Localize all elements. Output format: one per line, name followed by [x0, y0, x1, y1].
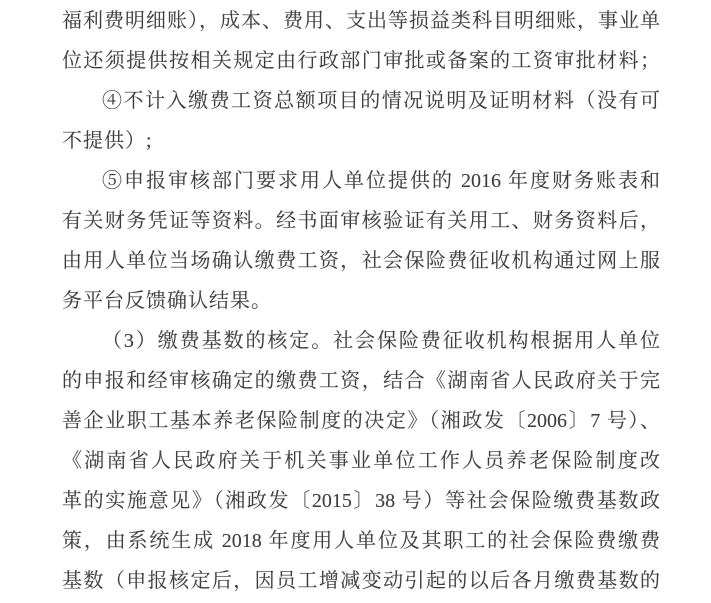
text-line: 策，由系统生成 2018 年度用人单位及其职工的社会保险费缴费 — [62, 521, 660, 561]
document-text-block: 福利费明细账），成本、费用、支出等损益类科目明细账，事业单位还须提供按相关规定由… — [62, 1, 660, 601]
text-line: 的申报和经审核确定的缴费工资，结合《湖南省人民政府关于完 — [62, 361, 660, 401]
text-line: 位还须提供按相关规定由行政部门审批或备案的工资审批材料； — [62, 41, 660, 81]
text-line: 《湖南省人民政府关于机关事业单位工作人员养老保险制度改 — [62, 441, 660, 481]
text-line: ⑤申报审核部门要求用人单位提供的 2016 年度财务账表和 — [62, 161, 660, 201]
text-line: 革的实施意见》（湘政发〔2015〕38 号）等社会保险缴费基数政 — [62, 481, 660, 521]
text-line: 不提供）; — [62, 121, 660, 161]
text-line: （3）缴费基数的核定。社会保险费征收机构根据用人单位 — [62, 321, 660, 361]
text-line: 有关财务凭证等资料。经书面审核验证有关用工、财务资料后， — [62, 201, 660, 241]
document-page: 福利费明细账），成本、费用、支出等损益类科目明细账，事业单位还须提供按相关规定由… — [0, 0, 711, 603]
text-line: 由用人单位当场确认缴费工资，社会保险费征收机构通过网上服 — [62, 241, 660, 281]
text-line: 务平台反馈确认结果。 — [62, 281, 660, 321]
text-line: 善企业职工基本养老保险制度的决定》（湘政发〔2006〕7 号）、 — [62, 401, 660, 441]
text-line: 基数（申报核定后，因员工增减变动引起的以后各月缴费基数的 — [62, 561, 660, 601]
text-line: ④不计入缴费工资总额项目的情况说明及证明材料（没有可 — [62, 81, 660, 121]
text-line: 福利费明细账），成本、费用、支出等损益类科目明细账，事业单 — [62, 1, 660, 41]
